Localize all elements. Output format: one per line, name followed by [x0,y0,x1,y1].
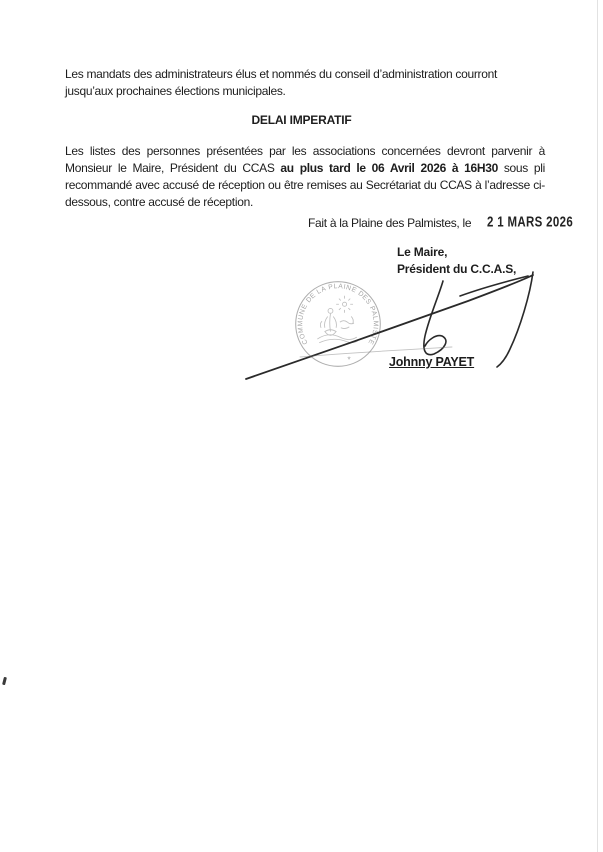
paragraph-mandates: Les mandats des administrateurs élus et … [65,66,545,100]
ink-speck-artifact [2,677,7,685]
deadline-date-bold: au plus tard le 06 Avril 2026 à 16H30 [280,161,498,175]
heading-delai-imperatif: DELAI IMPERATIF [0,113,603,127]
date-stamp: 2 1 MARS 2026 [487,213,573,230]
dateline-label: Fait à la Plaine des Palmistes, le [308,216,471,230]
signature-loop-stroke [424,281,446,355]
signatory-title-mayor: Le Maire, [397,244,516,261]
signatory-name: Johnny PAYET [389,355,474,369]
paragraph-deadline: Les listes des personnes présentées par … [65,143,545,211]
signature-seven-top-stroke [460,276,528,296]
signature-seven-vertical-stroke [497,272,533,367]
scanned-document-page: Les mandats des administrateurs élus et … [0,0,603,852]
dateline: Fait à la Plaine des Palmistes, le 2 1 M… [308,215,588,230]
scan-edge-line [597,0,598,852]
